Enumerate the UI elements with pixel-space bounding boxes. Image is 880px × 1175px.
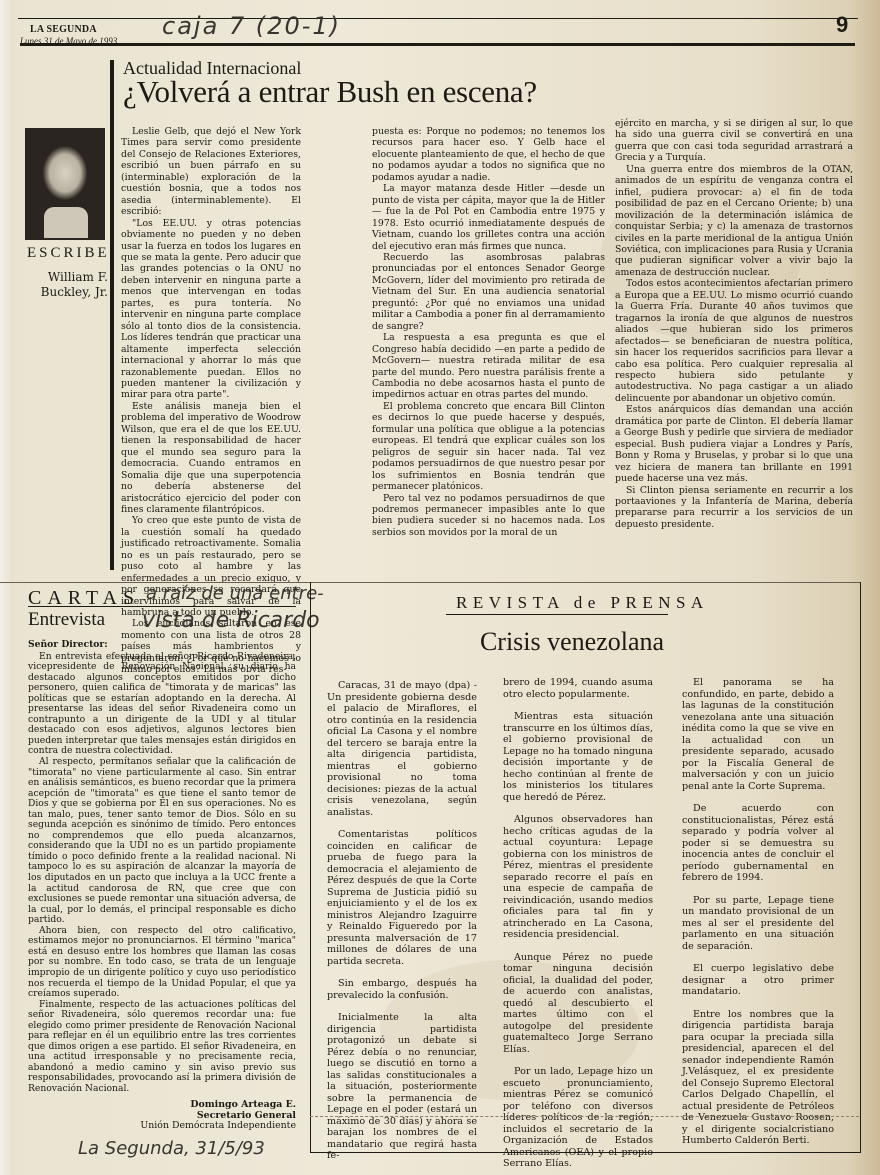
signer-name: Domingo Arteaga E.: [28, 1100, 296, 1111]
letter-greeting: Señor Director:: [28, 640, 296, 651]
cartas-rule: [28, 606, 296, 607]
paragraph: En entrevista efectuada al señor Ricardo…: [28, 652, 296, 757]
paragraph: Todos estos acontecimientos afectarían p…: [615, 278, 853, 404]
paragraph: Estos anárquicos días demandan una acció…: [615, 404, 853, 484]
revista-column-3: El panorama se ha confundido, en parte, …: [682, 677, 834, 1158]
article-column-3: ejército en marcha, y si se dirigen al s…: [615, 118, 853, 530]
dotted-divider: [310, 1116, 859, 1117]
masthead-bottom-rule: [20, 43, 855, 46]
paragraph: Caracas, 31 de mayo (dpa) - Un president…: [327, 680, 477, 818]
paragraph: Este análisis maneja bien el problema de…: [121, 401, 301, 516]
paragraph: Por un lado, Lepage hizo un escueto pron…: [503, 1066, 653, 1170]
handwritten-note: vista de Ricardo: [142, 608, 320, 633]
paragraph: Por su parte, Lepage tiene un mandato pr…: [682, 895, 834, 953]
paragraph: Al respecto, permítanos señalar que la c…: [28, 757, 296, 926]
handwritten-note: a raíz de una entre-: [146, 583, 324, 604]
paragraph: La mayor matanza desde Hitler —desde un …: [372, 183, 605, 252]
revista-column-2: brero de 1994, cuando asuma otro electo …: [503, 677, 653, 1175]
page-number: 9: [836, 12, 848, 38]
letter-title: Entrevista: [28, 609, 105, 631]
paragraph: La respuesta a esa pregunta es que el Co…: [372, 332, 605, 401]
paragraph: Comentaristas políticos coinciden en cal…: [327, 829, 477, 967]
paragraph: Recuerdo las asombrosas palabras pronunc…: [372, 252, 605, 332]
page-edge: [0, 0, 14, 1175]
paragraph: Finalmente, respecto de las actuaciones …: [28, 1000, 296, 1095]
paragraph: "Los EE.UU. y otras potencias obviamente…: [121, 218, 301, 401]
paragraph: Mientras esta situación transcurre en lo…: [503, 711, 653, 803]
author-photo: [25, 128, 105, 240]
paragraph: Algunos observadores han hecho críticas …: [503, 814, 653, 941]
paragraph: El panorama se ha confundido, en parte, …: [682, 677, 834, 792]
letter-signature: Domingo Arteaga E. Secretario General Un…: [28, 1100, 296, 1132]
masthead-top-rule: [18, 18, 858, 19]
letter-body: Señor Director: En entrevista efectuada …: [28, 640, 296, 1095]
paragraph: Pero tal vez no podamos persuadirnos de …: [372, 493, 605, 539]
paragraph: Entre los nombres que la dirigencia part…: [682, 1009, 834, 1147]
article-headline: ¿Volverá a entrar Bush en escena?: [123, 74, 537, 110]
paragraph: puesta es: Porque no podemos; no tenemos…: [372, 126, 605, 183]
paragraph: brero de 1994, cuando asuma otro electo …: [503, 677, 653, 700]
paragraph: De acuerdo con constitucionalistas, Pére…: [682, 803, 834, 884]
paragraph: Leslie Gelb, que dejó el New York Times …: [121, 126, 301, 218]
revista-section-title: REVISTA de PRENSA: [456, 593, 709, 613]
paragraph: Sin embargo, después ha prevalecido la c…: [327, 978, 477, 1001]
signer-organization: Unión Demócrata Independiente: [28, 1121, 296, 1132]
paragraph: Si Clinton piensa seriamente en recurrir…: [615, 485, 853, 531]
newspaper-name: LA SEGUNDA: [30, 24, 97, 35]
revista-rule: [446, 614, 668, 615]
article-divider: [110, 60, 114, 570]
revista-headline: Crisis venezolana: [452, 627, 692, 657]
article-column-2: puesta es: Porque no podemos; no tenemos…: [372, 126, 605, 538]
paragraph: Ahora bien, con respecto del otro califi…: [28, 926, 296, 1000]
author-name: William F. Buckley, Jr.: [28, 270, 108, 300]
handwritten-source-note: La Segunda, 31/5/93: [78, 1138, 265, 1159]
revista-column-1: Caracas, 31 de mayo (dpa) - Un president…: [327, 680, 477, 1173]
paragraph: ejército en marcha, y si se dirigen al s…: [615, 118, 853, 164]
byline-label: ESCRIBE: [27, 245, 110, 262]
paragraph: El problema concreto que encara Bill Cli…: [372, 401, 605, 493]
paragraph: Aunque Pérez no puede tomar ninguna deci…: [503, 952, 653, 1056]
paragraph: El cuerpo legislativo debe designar a ot…: [682, 963, 834, 998]
handwritten-archive-note: caja 7 (20-1): [162, 12, 341, 40]
paragraph: Inicialmente la alta dirigencia partidis…: [327, 1012, 477, 1162]
paragraph: Una guerra entre dos miembros de la OTAN…: [615, 164, 853, 279]
